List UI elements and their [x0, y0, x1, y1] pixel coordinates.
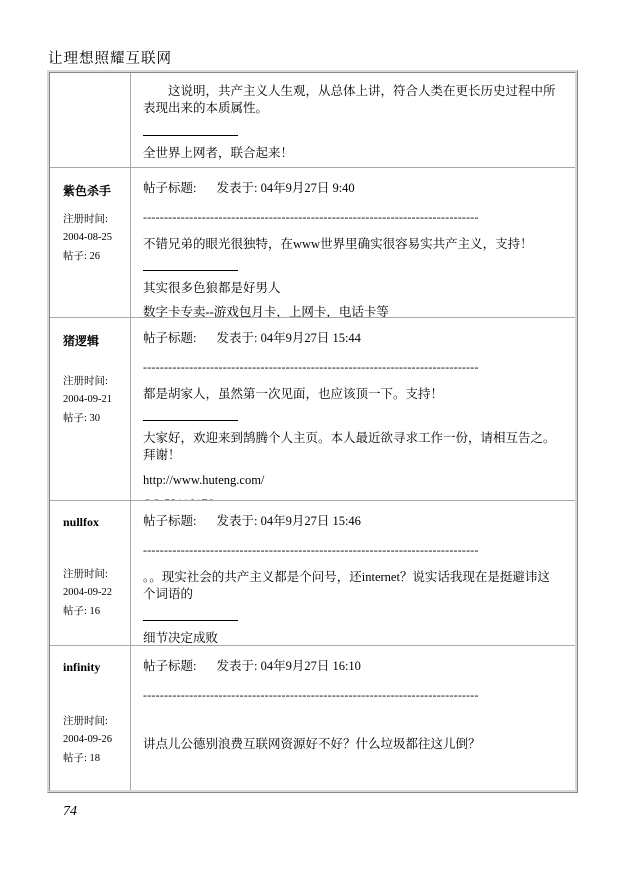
signature-divider: [143, 420, 238, 421]
post-title-label: 帖子标题:: [143, 659, 196, 673]
signature-line: 数字卡专卖--游戏包月卡，上网卡，电话卡等: [143, 304, 561, 317]
post-count-label: 帖子:: [63, 251, 87, 262]
reg-time-label: 注册时间:: [63, 713, 126, 731]
author-name: 紫色杀手: [63, 182, 126, 199]
post-count-label: 帖子:: [63, 606, 87, 617]
post-cell: 这说明，共产主义人生观，从总体上讲，符合人类在更长历史过程中所表现出来的本质属性…: [131, 73, 575, 167]
post-count: 30: [90, 413, 101, 424]
reg-date: 2004-09-22: [63, 584, 126, 602]
author-details: 注册时间: 2004-09-22 帖子: 16: [63, 566, 126, 621]
post-row: infinity 注册时间: 2004-09-26 帖子: 18 帖子标题:发表…: [50, 645, 575, 790]
dashed-divider: ----------------------------------------…: [143, 687, 478, 704]
post-count-line: 帖子: 18: [63, 750, 126, 768]
reg-time-label: 注册时间:: [63, 566, 126, 584]
page-title: 让理想照耀互联网: [48, 47, 172, 68]
reg-date: 2004-09-21: [63, 391, 126, 409]
author-cell: [50, 73, 131, 167]
author-details: 注册时间: 2004-09-21 帖子: 30: [63, 373, 126, 428]
author-cell: 猪逻辑 注册时间: 2004-09-21 帖子: 30: [50, 318, 131, 500]
post-row: 这说明，共产主义人生观，从总体上讲，符合人类在更长历史过程中所表现出来的本质属性…: [50, 73, 575, 167]
author-details: 注册时间: 2004-09-26 帖子: 18: [63, 713, 126, 768]
post-title: 帖子标题:发表于: 04年9月27日 9:40: [143, 180, 561, 197]
post-count-label: 帖子:: [63, 753, 87, 764]
post-date: 发表于: 04年9月27日 9:40: [216, 181, 354, 195]
post-body: 不错兄弟的眼光很独特，在www世界里确实很容易实共产主义，支持！: [143, 236, 561, 253]
post-count-line: 帖子: 26: [63, 248, 126, 266]
post-cell: 帖子标题:发表于: 04年9月27日 15:44 ---------------…: [131, 318, 575, 500]
author-name: infinity: [63, 660, 126, 675]
post-count-label: 帖子:: [63, 413, 87, 424]
post-cell: 帖子标题:发表于: 04年9月27日 9:40 ----------------…: [131, 168, 575, 317]
signature-divider: [143, 270, 238, 271]
post-date: 发表于: 04年9月27日 15:46: [216, 514, 360, 528]
signature-line: 大家好，欢迎来到鹄腾个人主页。本人最近欲寻求工作一份，请相互告之。拜谢！: [143, 430, 561, 465]
author-details: 注册时间: 2004-08-25 帖子: 26: [63, 211, 126, 266]
post-count-line: 帖子: 16: [63, 603, 126, 621]
reg-time-label: 注册时间:: [63, 373, 126, 391]
post-title-label: 帖子标题:: [143, 331, 196, 345]
post-body: 这说明，共产主义人生观，从总体上讲，符合人类在更长历史过程中所表现出来的本质属性…: [143, 83, 561, 118]
post-cell: 帖子标题:发表于: 04年9月27日 15:46 ---------------…: [131, 501, 575, 645]
post-count: 26: [90, 251, 101, 262]
post-title-label: 帖子标题:: [143, 514, 196, 528]
reg-date: 2004-08-25: [63, 229, 126, 247]
signature-line: 其实很多色狼都是好男人: [143, 280, 561, 297]
post-date: 发表于: 04年9月27日 15:44: [216, 331, 360, 345]
post-title: 帖子标题:发表于: 04年9月27日 16:10: [143, 658, 561, 675]
post-body: 讲点儿公德别浪费互联网资源好不好？什么垃圾都往这儿倒？: [143, 736, 561, 753]
signature-url: http://www.huteng.com/: [143, 472, 561, 489]
reg-date: 2004-09-26: [63, 731, 126, 749]
signature-divider: [143, 135, 238, 136]
dashed-divider: ----------------------------------------…: [143, 542, 478, 559]
post-row: 紫色杀手 注册时间: 2004-08-25 帖子: 26 帖子标题:发表于: 0…: [50, 167, 575, 317]
author-cell: nullfox 注册时间: 2004-09-22 帖子: 16: [50, 501, 131, 645]
signature-divider: [143, 620, 238, 621]
post-cell: 帖子标题:发表于: 04年9月27日 16:10 ---------------…: [131, 646, 575, 790]
signature-qq: QQ 53116176: [143, 496, 561, 500]
post-row: 猪逻辑 注册时间: 2004-09-21 帖子: 30 帖子标题:发表于: 04…: [50, 317, 575, 500]
author-cell: 紫色杀手 注册时间: 2004-08-25 帖子: 26: [50, 168, 131, 317]
author-name: 猪逻辑: [63, 332, 126, 349]
author-name: nullfox: [63, 515, 126, 530]
dashed-divider: ----------------------------------------…: [143, 359, 478, 376]
post-title: 帖子标题:发表于: 04年9月27日 15:44: [143, 330, 561, 347]
page-number: 74: [63, 804, 77, 820]
post-row: nullfox 注册时间: 2004-09-22 帖子: 16 帖子标题:发表于…: [50, 500, 575, 645]
dashed-divider: ----------------------------------------…: [143, 209, 478, 226]
post-title: 帖子标题:发表于: 04年9月27日 15:46: [143, 513, 561, 530]
post-count: 16: [90, 606, 101, 617]
signature-line: 全世界上网者，联合起来！: [143, 145, 561, 162]
author-cell: infinity 注册时间: 2004-09-26 帖子: 18: [50, 646, 131, 790]
forum-posts-table: 这说明，共产主义人生观，从总体上讲，符合人类在更长历史过程中所表现出来的本质属性…: [47, 70, 578, 793]
post-body: 都是胡家人，虽然第一次见面，也应该顶一下。支持！: [143, 386, 561, 403]
post-count-line: 帖子: 30: [63, 410, 126, 428]
post-count: 18: [90, 753, 101, 764]
signature-line: 细节决定成败: [143, 630, 561, 645]
post-date: 发表于: 04年9月27日 16:10: [216, 659, 360, 673]
reg-time-label: 注册时间:: [63, 211, 126, 229]
post-body: 。。现实社会的共产主义都是个问号，还internet？说实话我现在是挺避讳这个词…: [143, 569, 561, 604]
post-title-label: 帖子标题:: [143, 181, 196, 195]
